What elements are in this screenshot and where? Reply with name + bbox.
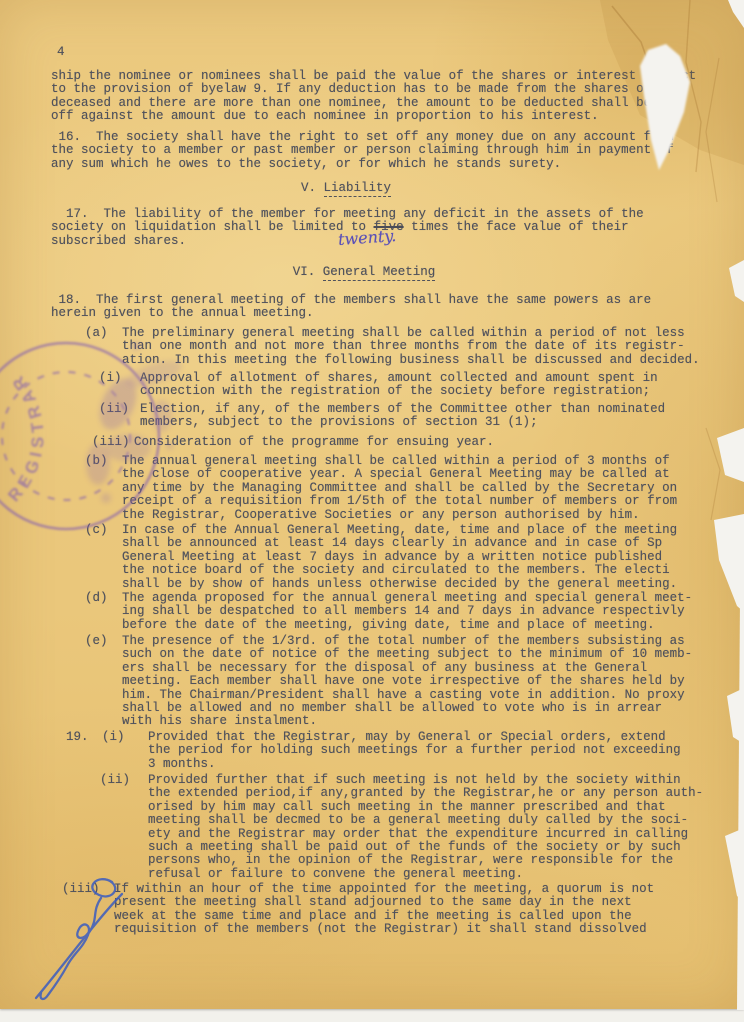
item-text: The preliminary general meeting shall be…: [122, 327, 700, 367]
intro-paragraph: ship the nominee or nominees shall be pa…: [51, 70, 696, 124]
clause-18-item-d: (d) The agenda proposed for the annual g…: [85, 592, 692, 632]
clause-19-item-iii: (iii) If within an hour of the time appo…: [62, 883, 654, 937]
section-v-title: Liability: [324, 181, 392, 197]
section-vi-heading: VI. General Meeting: [0, 266, 736, 279]
item-label: (d): [85, 592, 122, 632]
item-text: In case of the Annual General Meeting, d…: [122, 524, 677, 591]
item-text: Approval of allotment of shares, amount …: [140, 372, 658, 399]
scanned-document: 4 ship the nominee or nominees shall be …: [0, 0, 744, 1022]
clause-16-paragraph: 16. The society shall have the right to …: [51, 131, 674, 171]
clause-18-item-ii: (ii) Election, if any, of the members of…: [99, 403, 665, 430]
clause-18-item-b: (b) The annual general meeting shall be …: [85, 455, 677, 522]
section-vi-title: General Meeting: [323, 265, 436, 281]
clause-18-item-c: (c) In case of the Annual General Meetin…: [85, 524, 677, 591]
item-label: (iii): [62, 883, 114, 937]
item-text: Provided that the Registrar, may by Gene…: [148, 731, 681, 771]
item-label: (ii): [99, 403, 140, 430]
clause-18-item-iii: (iii) Consideration of the programme for…: [92, 436, 494, 449]
item-label: (a): [85, 327, 122, 367]
item-text: Provided further that if such meeting is…: [148, 774, 703, 881]
clause-18-opening: 18. The first general meeting of the mem…: [51, 294, 651, 321]
item-text: The presence of the 1/3rd. of the total …: [122, 635, 692, 729]
typewritten-content: 4 ship the nominee or nominees shall be …: [0, 0, 744, 1009]
item-label: (iii): [92, 436, 134, 449]
page-number: 4: [57, 46, 65, 59]
section-v-heading: V. Liability: [0, 182, 718, 195]
clause-18-item-i: (i) Approval of allotment of shares, amo…: [99, 372, 658, 399]
clause-18-item-a: (a) The preliminary general meeting shal…: [85, 327, 700, 367]
item-label: (i): [102, 731, 148, 771]
item-label: (b): [85, 455, 122, 522]
item-text: The annual general meeting shall be call…: [122, 455, 677, 522]
clause-18-item-e: (e) The presence of the 1/3rd. of the to…: [85, 635, 692, 729]
item-text: If within an hour of the time appointed …: [114, 883, 654, 937]
clause-19-item-ii: (ii) Provided further that if such meeti…: [100, 774, 703, 881]
section-v-numeral: V.: [301, 181, 324, 195]
clause-19-item-i: 19. (i) Provided that the Registrar, may…: [66, 731, 681, 771]
item-label: (c): [85, 524, 122, 591]
item-text: Consideration of the programme for ensui…: [134, 436, 494, 449]
item-label: (ii): [100, 774, 148, 881]
section-vi-numeral: VI.: [293, 265, 323, 279]
handwritten-correction: twenty.: [338, 229, 397, 246]
item-label: (i): [99, 372, 140, 399]
item-label: (e): [85, 635, 122, 729]
clause-19-number: 19.: [66, 731, 102, 771]
item-text: Election, if any, of the members of the …: [140, 403, 665, 430]
item-text: The agenda proposed for the annual gener…: [122, 592, 692, 632]
